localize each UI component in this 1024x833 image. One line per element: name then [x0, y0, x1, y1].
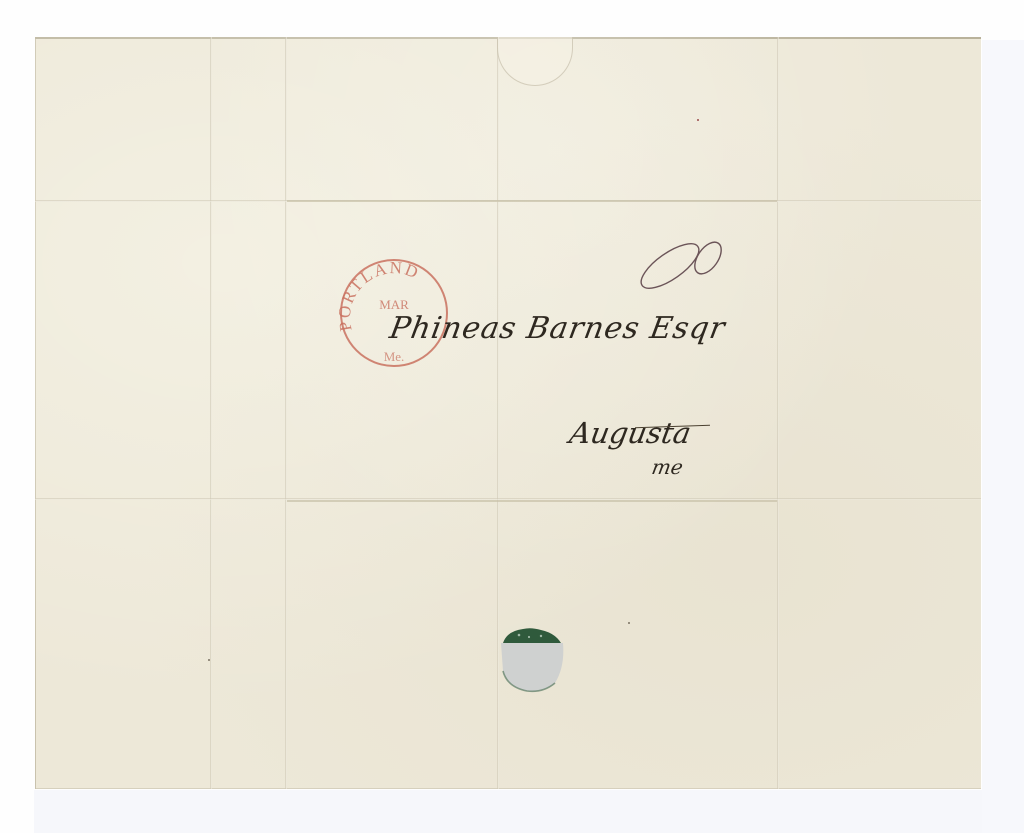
addressee-name: Phineas Barnes Esqr: [387, 311, 728, 346]
fold-line: [777, 37, 779, 789]
paper-speck: [628, 622, 630, 624]
seal-tab-outline: [497, 37, 573, 86]
address-state: me: [650, 455, 685, 479]
paper-speck: [208, 659, 210, 661]
rate-mark: [632, 228, 728, 294]
paper-speck: [697, 119, 699, 121]
scan-lower-margin: [34, 790, 1024, 833]
postmark-month: MAR: [379, 297, 409, 312]
postmark-state: Me.: [384, 349, 405, 364]
scan-right-margin: [982, 40, 1024, 833]
letter-sheet: PORTLAND MAR Me. Phineas Barnes Esqr Aug…: [35, 37, 981, 789]
wax-seal: [497, 627, 565, 693]
fold-line: [210, 37, 212, 789]
address-city: Augusta: [567, 416, 694, 450]
